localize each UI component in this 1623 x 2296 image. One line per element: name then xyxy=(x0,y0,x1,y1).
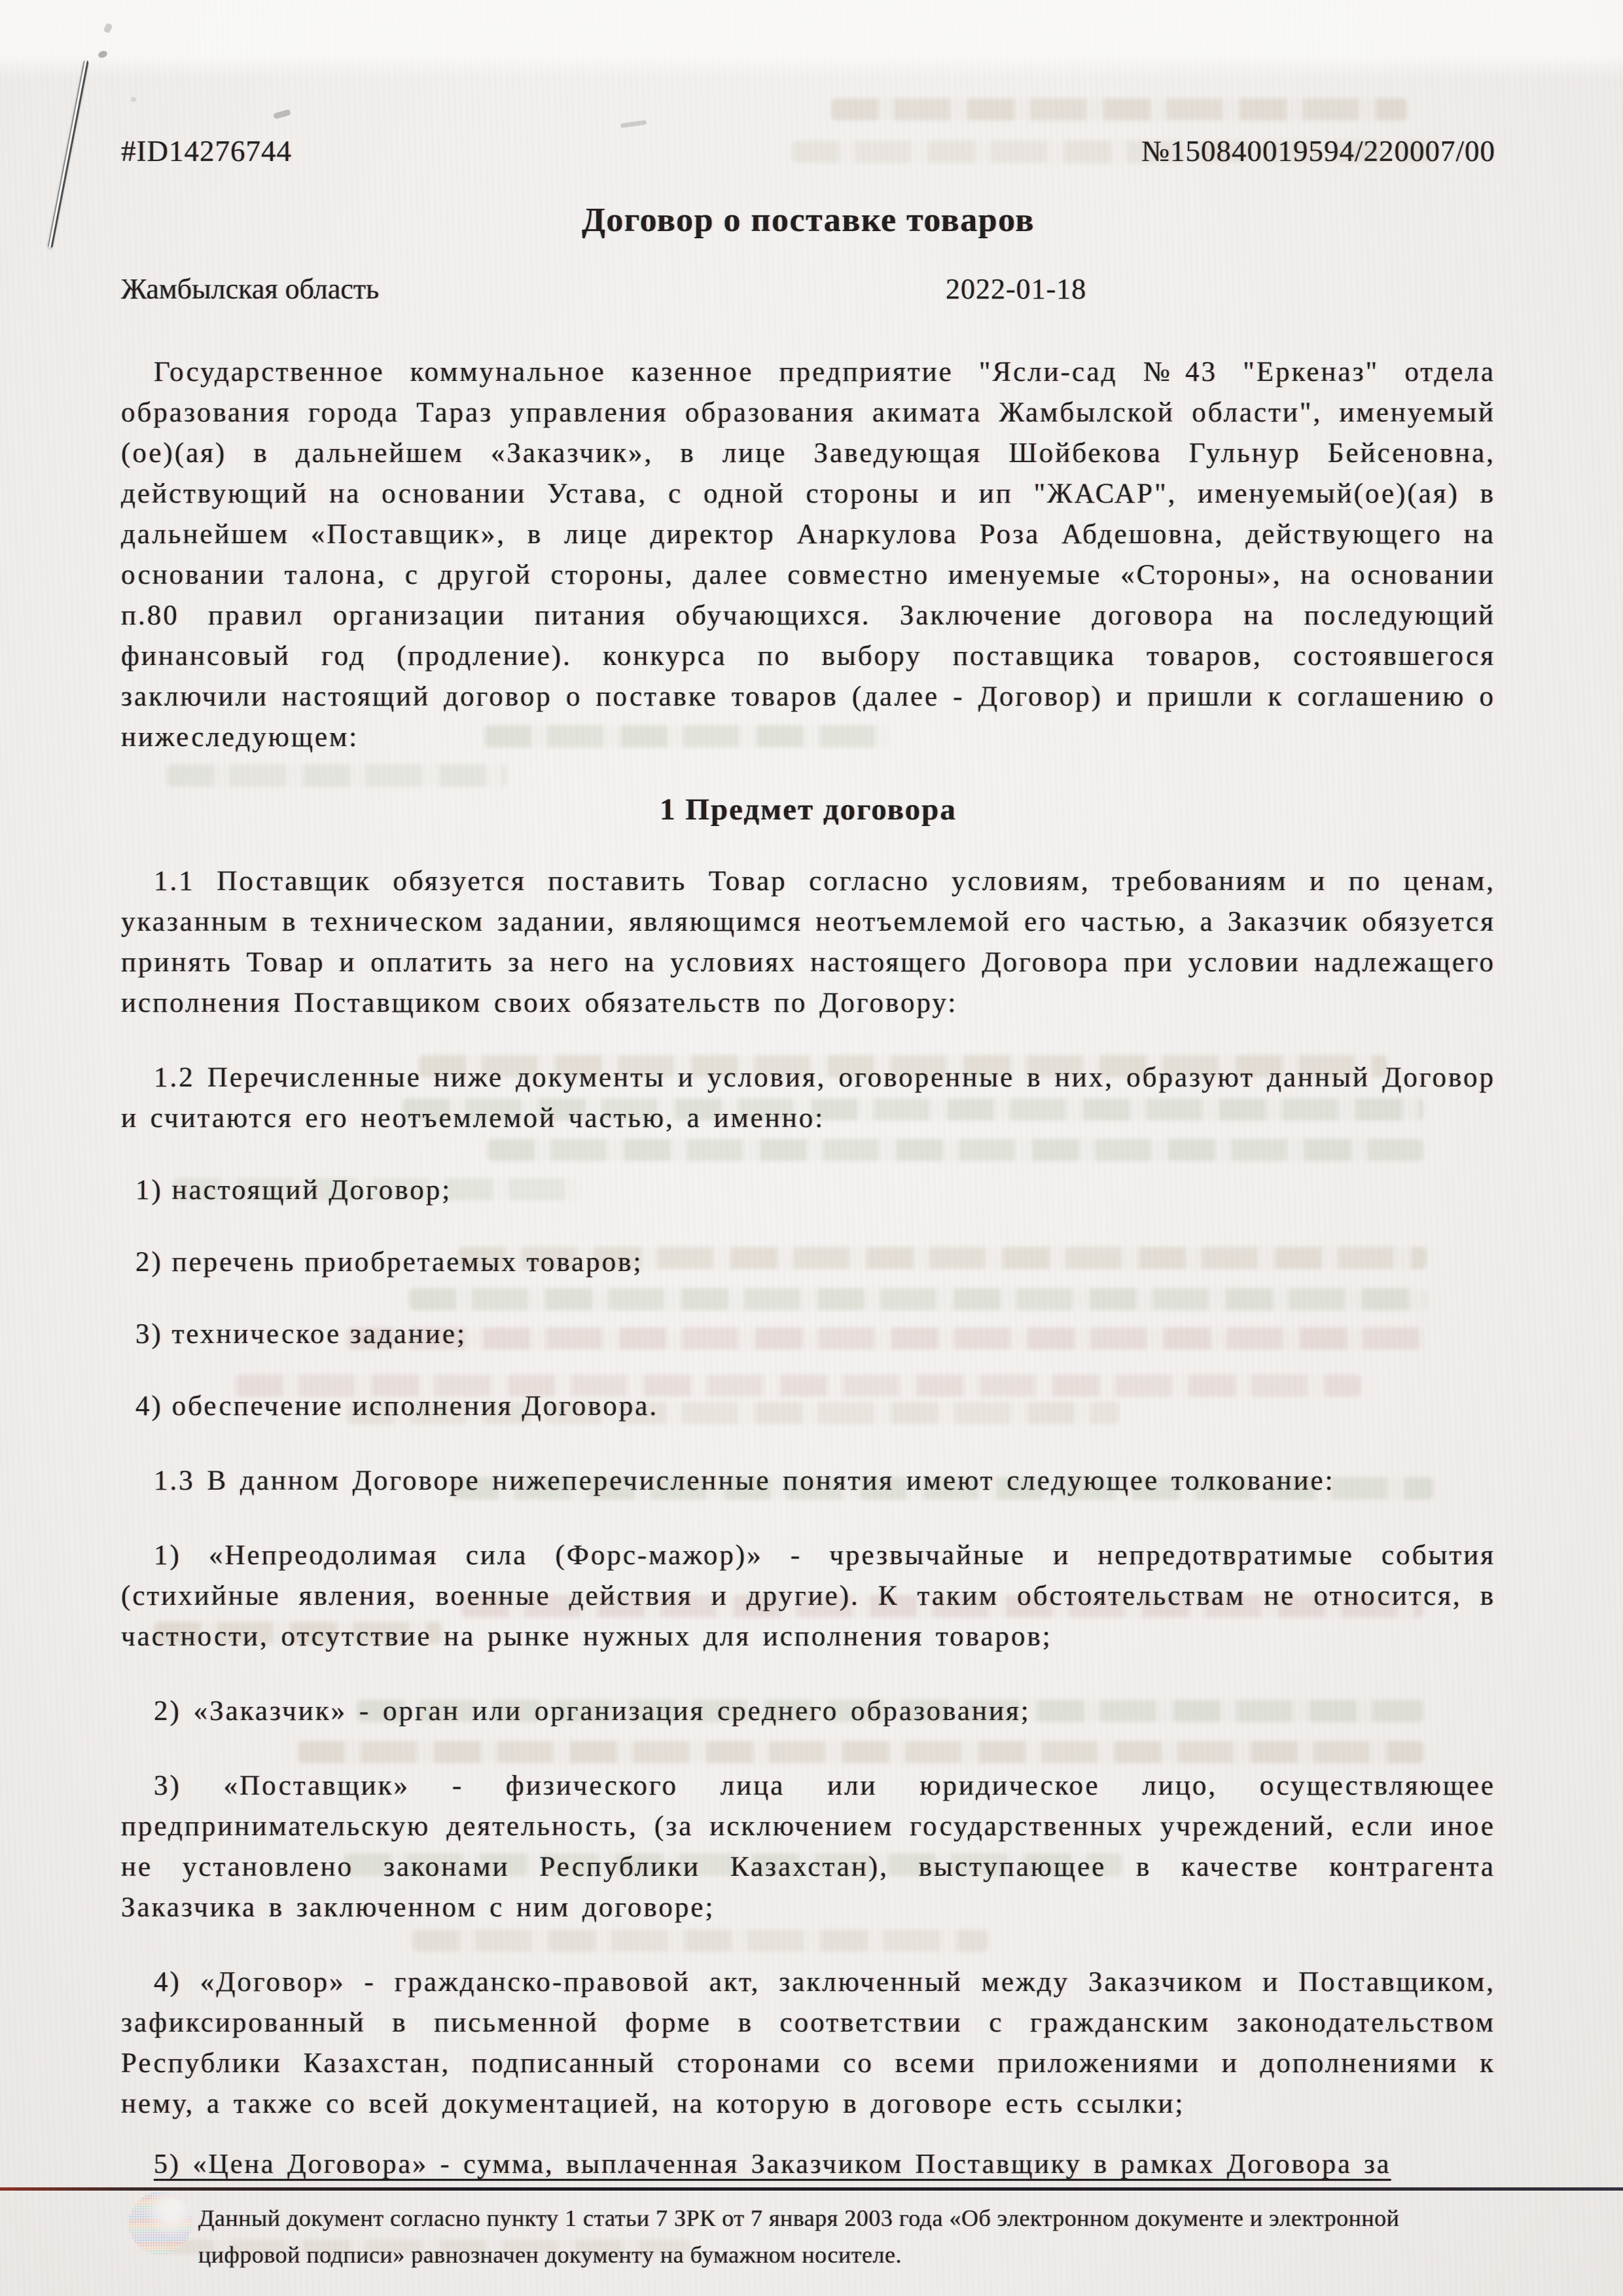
footer-separator-line xyxy=(0,2187,1623,2191)
clause-1-1: 1.1 Поставщик обязуется поставить Товар … xyxy=(121,861,1495,1024)
page-title: Договор о поставке товаров xyxy=(121,201,1495,240)
document-id: #ID14276744 xyxy=(121,134,292,168)
document-header: #ID14276744 №150840019594/220007/00 xyxy=(121,134,1495,168)
list-item: 2) перечень приобретаемых товаров; xyxy=(121,1242,1495,1283)
document-footer: Данный документ согласно пункту 1 статьи… xyxy=(121,2200,1495,2296)
definitions-list: 1) «Непреодолимая сила (Форс-мажор)» - ч… xyxy=(121,1535,1495,2185)
document-number: №150840019594/220007/00 xyxy=(1141,134,1495,168)
definition-supplier: 3) «Поставщик» - физического лица или юр… xyxy=(121,1766,1495,1928)
list-item: 1) настоящий Договор; xyxy=(121,1170,1495,1211)
clause-1-3: 1.3 В данном Договоре нижеперечисленные … xyxy=(121,1461,1495,1501)
list-item: 3) техническое задание; xyxy=(121,1314,1495,1355)
definition-customer: 2) «Заказчик» - орган или организация ср… xyxy=(121,1691,1495,1732)
region-date-row: Жамбылская область 2022-01-18 xyxy=(121,272,1495,313)
section-1-heading: 1 Предмет договора xyxy=(121,792,1495,827)
region-label: Жамбылская область xyxy=(121,272,379,306)
list-item: 4) обеспечение исполнения Договора. xyxy=(121,1386,1495,1427)
date-label: 2022-01-18 xyxy=(946,272,1086,306)
clause-1-2: 1.2 Перечисленные ниже документы и услов… xyxy=(121,1058,1495,1139)
document-content: #ID14276744 №150840019594/220007/00 Дого… xyxy=(0,0,1623,2296)
scanned-contract-page: #ID14276744 №150840019594/220007/00 Дого… xyxy=(0,0,1623,2296)
digital-signature-stamp-icon xyxy=(129,2192,192,2255)
documents-list: 1) настоящий Договор; 2) перечень приобр… xyxy=(121,1170,1495,1427)
footer-note: Данный документ согласно пункту 1 статьи… xyxy=(198,2200,1442,2273)
definition-force-majeure: 1) «Непреодолимая сила (Форс-мажор)» - ч… xyxy=(121,1535,1495,1657)
definition-contract: 4) «Договор» - гражданско-правовой акт, … xyxy=(121,1962,1495,2125)
definition-contract-price: 5) «Цена Договора» - сумма, выплаченная … xyxy=(121,2144,1495,2185)
intro-paragraph: Государственное коммунальное казенное пр… xyxy=(121,352,1495,758)
